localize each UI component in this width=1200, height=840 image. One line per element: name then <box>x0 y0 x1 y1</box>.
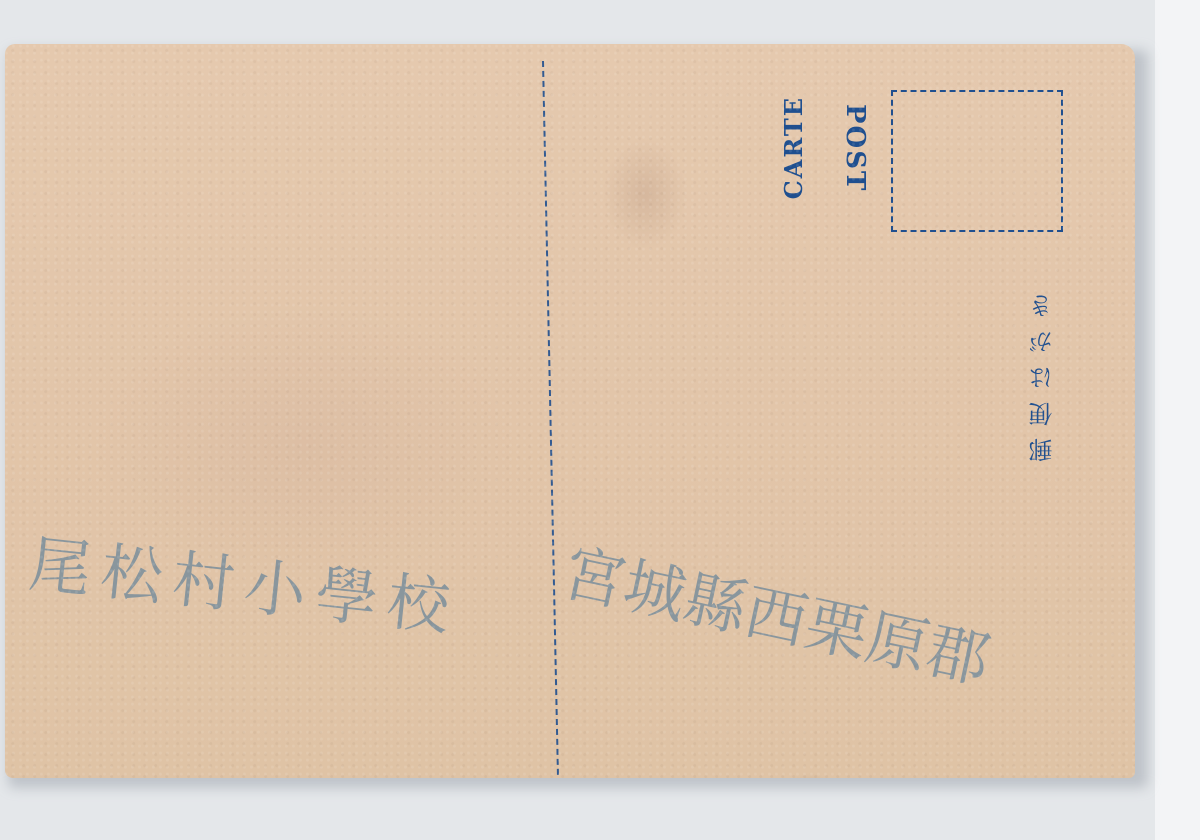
scan-backdrop-strip <box>1155 0 1200 840</box>
handwritten-address-prefecture-county: 宮城縣西栗原郡 <box>556 523 999 700</box>
handwritten-address-village-school: 尾松村小學校 <box>25 514 464 648</box>
center-divider-line <box>542 61 559 775</box>
post-label: POST <box>840 104 870 192</box>
stamp-placeholder-box <box>891 90 1063 232</box>
carte-label: CARTE <box>779 96 808 199</box>
postcard: POST CARTE 郵便はがき 宮城縣西栗原郡 尾松村小學校 <box>5 44 1135 778</box>
yubin-hagaki-title: 郵便はがき <box>1025 282 1060 462</box>
